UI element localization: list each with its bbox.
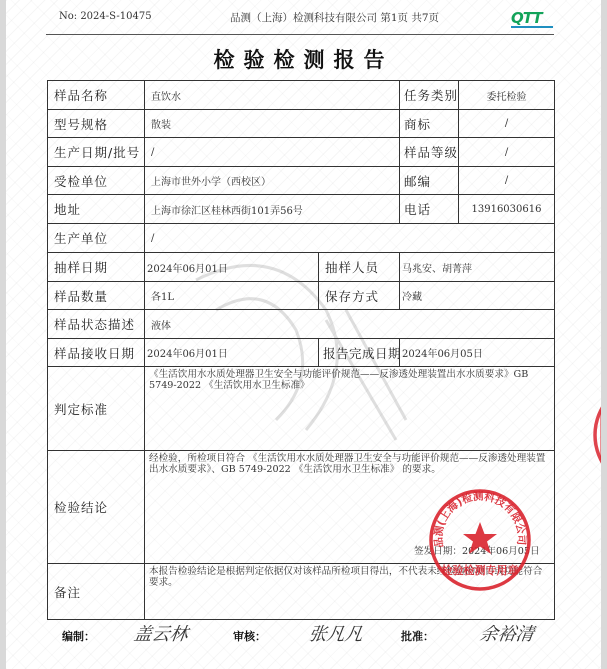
value-postcode: / — [459, 167, 554, 195]
label-sample-name: 样品名称 — [48, 81, 145, 110]
side-seal-icon — [590, 375, 601, 495]
label-remarks: 备注 — [48, 564, 145, 619]
label-producer: 生产单位 — [48, 224, 145, 253]
value-address: 上海市徐汇区桂林西街101弄56号 — [145, 195, 400, 224]
value-sample-state: 液体 — [145, 310, 554, 339]
label-inspected-unit: 受检单位 — [48, 167, 145, 195]
logo-text: QTT — [511, 11, 555, 25]
compiled-by-label: 编制： — [62, 628, 95, 644]
report-page: No: 2024-S-10475 品测（上海）检测科技有限公司 第1页 共7页 … — [6, 0, 601, 669]
label-task-type: 任务类别 — [400, 81, 459, 110]
header-divider — [46, 34, 554, 35]
compiled-by-signature: 盖云林 — [132, 620, 190, 646]
value-quantity: 各1L — [145, 282, 319, 310]
label-sampler: 抽样人员 — [319, 253, 400, 282]
conclusion-text: 经检验，所检项目符合 《生活饮用水水质处理器卫生安全与功能评价规范——反渗透处理… — [149, 453, 550, 475]
value-trademark: / — [459, 110, 554, 138]
label-sample-grade: 样品等级 — [400, 138, 459, 167]
value-phone: 13916030616 — [459, 195, 554, 224]
report-title: 检验检测报告 — [6, 44, 601, 74]
label-conclusion: 检验结论 — [48, 451, 145, 564]
approved-by-label: 批准： — [401, 628, 434, 644]
value-sampling-date: 2024年06月01日 — [145, 253, 319, 282]
label-trademark: 商标 — [400, 110, 459, 138]
value-sample-name: 直饮水 — [145, 81, 400, 110]
value-complete-date: 2024年06月05日 — [400, 339, 554, 367]
official-seal-icon: 品测(上海)检测科技有限公司 检验检测专用章 — [428, 488, 532, 592]
value-model-spec: 散装 — [145, 110, 400, 138]
company-page-info: 品测（上海）检测科技有限公司 第1页 共7页 — [230, 10, 439, 25]
value-sampler: 马兆安、胡菁萍 — [400, 253, 554, 282]
value-standard: 《生活饮用水水质处理器卫生安全与功能评价规范——反渗透处理装置出水水质要求》GB… — [145, 367, 554, 451]
approved-by-signature: 余裕清 — [478, 620, 536, 646]
label-receive-date: 样品接收日期 — [48, 339, 145, 367]
value-receive-date: 2024年06月01日 — [145, 339, 319, 367]
label-complete-date: 报告完成日期 — [319, 339, 400, 367]
label-standard: 判定标准 — [48, 367, 145, 451]
label-address: 地址 — [48, 195, 145, 224]
reviewed-by-signature: 张凡凡 — [307, 620, 365, 646]
seal-bottom-text: 检验检测专用章 — [442, 563, 519, 577]
company-logo: QTT — [511, 11, 555, 27]
reviewed-by-label: 审核： — [233, 628, 266, 644]
value-storage: 冷藏 — [400, 282, 554, 310]
value-inspected-unit: 上海市世外小学（西校区） — [145, 167, 400, 195]
label-quantity: 样品数量 — [48, 282, 145, 310]
label-sample-state: 样品状态描述 — [48, 310, 145, 339]
value-producer: / — [145, 224, 554, 253]
label-storage: 保存方式 — [319, 282, 400, 310]
value-sample-grade: / — [459, 138, 554, 167]
label-sampling-date: 抽样日期 — [48, 253, 145, 282]
label-phone: 电话 — [400, 195, 459, 224]
label-model-spec: 型号规格 — [48, 110, 145, 138]
report-number: No: 2024-S-10475 — [59, 11, 152, 22]
value-production-date: / — [145, 138, 400, 167]
value-task-type: 委托检验 — [459, 81, 554, 110]
label-postcode: 邮编 — [400, 167, 459, 195]
label-production-date: 生产日期/批号 — [48, 138, 145, 167]
